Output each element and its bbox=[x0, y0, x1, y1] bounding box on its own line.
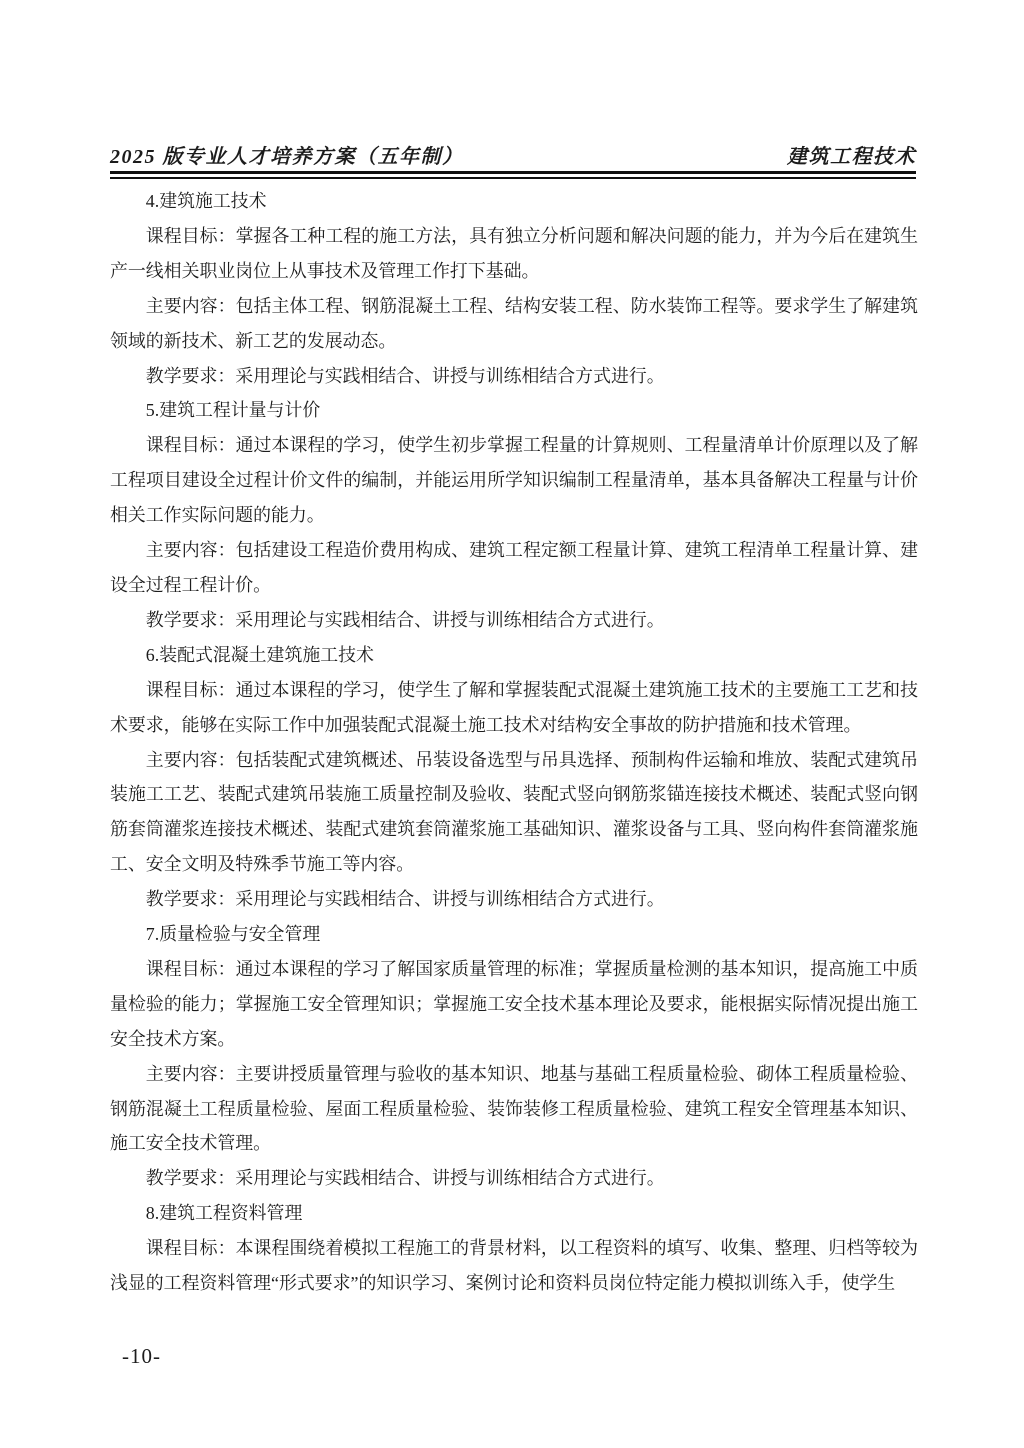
body-paragraph: 主要内容：包括建设工程造价费用构成、建筑工程定额工程量计算、建筑工程清单工程量计… bbox=[110, 533, 918, 603]
document-page: 2025 版专业人才培养方案（五年制） 建筑工程技术 4.建筑施工技术课程目标：… bbox=[0, 0, 1024, 1448]
body-paragraph: 教学要求：采用理论与实践相结合、讲授与训练相结合方式进行。 bbox=[110, 359, 918, 394]
body-paragraph: 主要内容：包括主体工程、钢筋混凝土工程、结构安装工程、防水装饰工程等。要求学生了… bbox=[110, 289, 918, 359]
course-heading: 4.建筑施工技术 bbox=[110, 184, 918, 219]
header-double-rule bbox=[110, 171, 916, 179]
body-paragraph: 课程目标：通过本课程的学习，使学生初步掌握工程量的计算规则、工程量清单计价原理以… bbox=[110, 428, 918, 533]
course-heading: 6.装配式混凝土建筑施工技术 bbox=[110, 638, 918, 673]
document-body: 4.建筑施工技术课程目标：掌握各工种工程的施工方法，具有独立分析问题和解决问题的… bbox=[110, 184, 918, 1301]
page-header: 2025 版专业人才培养方案（五年制） 建筑工程技术 bbox=[110, 140, 916, 169]
body-paragraph: 课程目标：掌握各工种工程的施工方法，具有独立分析问题和解决问题的能力，并为今后在… bbox=[110, 219, 918, 289]
header-left-title: 2025 版专业人才培养方案（五年制） bbox=[110, 140, 464, 169]
header-right-title: 建筑工程技术 bbox=[787, 140, 916, 169]
body-paragraph: 课程目标：通过本课程的学习，使学生了解和掌握装配式混凝土建筑施工技术的主要施工工… bbox=[110, 673, 918, 743]
body-paragraph: 课程目标：通过本课程的学习了解国家质量管理的标准；掌握质量检测的基本知识，提高施… bbox=[110, 952, 918, 1057]
body-paragraph: 课程目标：本课程围绕着模拟工程施工的背景材料，以工程资料的填写、收集、整理、归档… bbox=[110, 1231, 918, 1301]
body-paragraph: 主要内容：主要讲授质量管理与验收的基本知识、地基与基础工程质量检验、砌体工程质量… bbox=[110, 1057, 918, 1162]
body-paragraph: 教学要求：采用理论与实践相结合、讲授与训练相结合方式进行。 bbox=[110, 1161, 918, 1196]
course-heading: 8.建筑工程资料管理 bbox=[110, 1196, 918, 1231]
course-heading: 7.质量检验与安全管理 bbox=[110, 917, 918, 952]
body-paragraph: 主要内容：包括装配式建筑概述、吊装设备选型与吊具选择、预制构件运输和堆放、装配式… bbox=[110, 743, 918, 883]
body-paragraph: 教学要求：采用理论与实践相结合、讲授与训练相结合方式进行。 bbox=[110, 603, 918, 638]
body-paragraph: 教学要求：采用理论与实践相结合、讲授与训练相结合方式进行。 bbox=[110, 882, 918, 917]
course-heading: 5.建筑工程计量与计价 bbox=[110, 393, 918, 428]
page-number: -10- bbox=[122, 1344, 161, 1369]
